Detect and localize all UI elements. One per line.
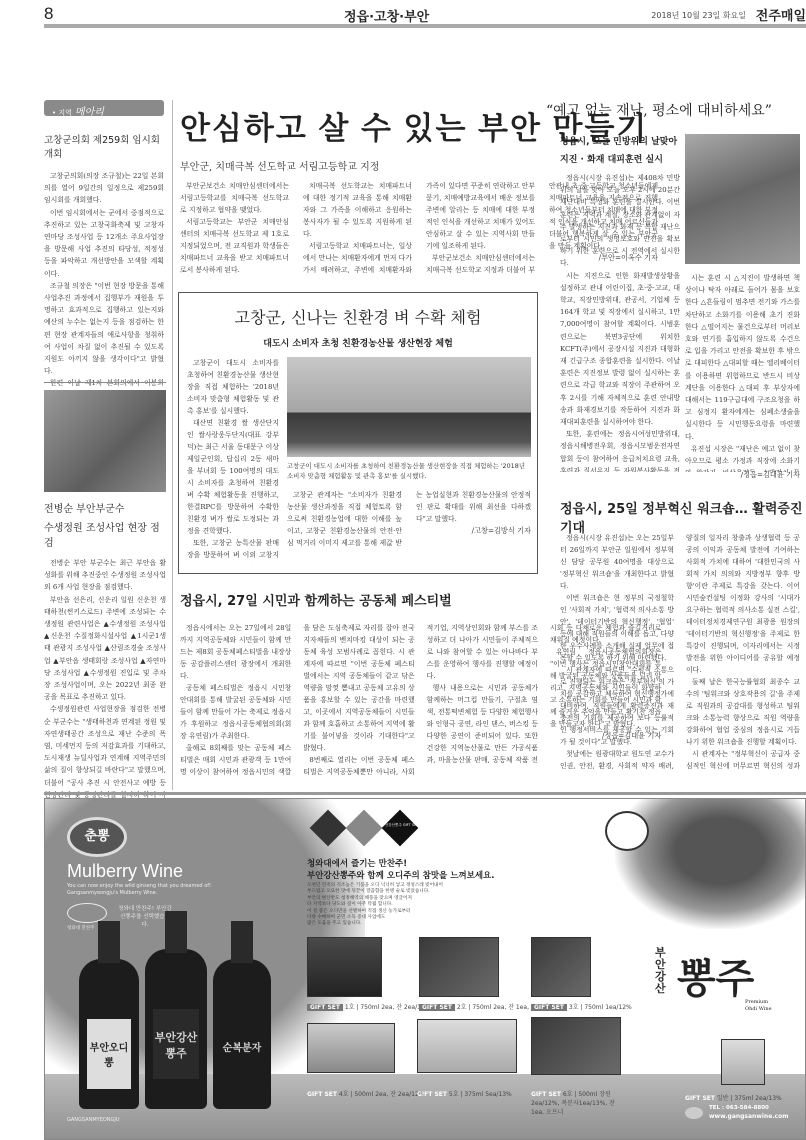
paragraph: 시는 지진으로 인한 화재발생상황을 설정하고 관내 어린이집, 초·중·고교,… [560,270,680,429]
issue-date: 2018년 10월 23일 화요일 [651,10,746,21]
article-subtitle: 부안군, 치매극복 선도학교 서림고등학교 지정 [180,158,420,173]
paragraph: 고창군의회(의장 조규철)는 22일 본회의를 열어 9일간의 일정으로 제25… [44,170,164,207]
company-name: GANGSANMYEONGJU [67,1117,120,1123]
page-header: 8 정읍·고창·부안 2018년 10월 23일 화요일 전주매일 [44,4,806,26]
paragraph: 부안군보건소 치매안심센터에서는 서림고등학교를 치매극복 선도학교로 지정하고… [180,180,289,216]
article-subtitle-1: 정읍시, 오늘 민방위의 날맞아 [560,134,677,147]
gift-set-4-image [307,1023,395,1073]
page-number: 8 [44,4,53,24]
paragraph: 이번 임시회에서는 군에서 중점적으로 추진하고 있는 고창국화축제 및 고창자… [44,207,164,280]
paragraph: 이번 워크숍은 현 정부의 국정철학인 '사회적 가치', '협력적 의사소통 … [560,592,674,664]
gift-set-regular-image [721,1039,765,1085]
inspection-photo [44,390,166,492]
article-title[interactable]: 정읍시, 27일 시민과 함께하는 공동체 페스티벌 [180,590,452,609]
bottle-3: 순복분자 [213,959,271,1109]
article-subtitle-2: 지진 · 화재 대피훈련 실시 [560,152,663,165]
article-headline[interactable]: “예고 없는 재난, 평소에 대비하세요” [546,100,772,120]
paragraph: 시 관계자에 따르면 "수평적 소통으로 진행되는 워크숍은 '정부혁신'의 가… [560,664,674,748]
product-sub-2: Ohdi Wine [745,1006,772,1012]
article-drill-col2: 시는 훈련 시 △지진이 발생하면 책상이나 탁자 아래로 들어가 몸을 보호한… [685,272,800,472]
product-title-big: 뽕주 [677,947,754,1004]
tagline-1: You can now enjoy the wild ginseng that … [67,883,211,889]
tag-small-label: 지역 [58,109,72,117]
paragraph: 또한, 고창군 농특산물 판매장을 방문하여 벼 이외 고창지역에서 생산되는 … [187,537,279,563]
paragraph: 정읍시에서는 오는 27일에서 28일까지 지역공동체와 시민들이 함께 만드는… [180,622,291,682]
gift-set-3-image [531,937,591,997]
diamond-label: 부안강산뽕주 GIFT SET [375,823,425,828]
paragraph: 부안읍 선은리, 신운리 일원 신운천 생태하천(썬키스로드) 주변에 조성되는… [44,594,166,704]
product-title-vertical: 부안강산 [655,947,673,995]
brand-logo: 춘뽕 [67,817,127,857]
divider [44,382,166,383]
article-title-line1[interactable]: 전병순 부안부군수 [44,500,166,515]
bottle-2: 부안강산 뽕주 [145,949,207,1109]
gift-set-2-image [419,937,499,997]
article-title[interactable]: 고창군의회 제259회 임시회 개회 [44,132,164,160]
article-body-col2: 고창군 관계자는 "소비자가 친환경농산물 생산과정을 직접 체험토록 함으로써… [287,489,531,565]
column-divider [172,100,173,790]
paragraph: 둘째 날은 한국능률협회 최종수 교수의 '팀워크와 상호작용의 길'을 주제로… [686,676,800,748]
gift-set-5-caption: GIFT SET 5호 | 375ml 5ea/13% [417,1089,512,1098]
tag-main-label: 메아리 [75,107,104,118]
paragraph: 고창군이 대도시 소비자를 초청하여 친환경농산물 생산현장을 직접 체험하는 … [187,357,279,417]
mulberry-wine-ad[interactable]: 춘뽕 Mulberry Wine You can now enjoy the w… [44,798,806,1140]
section-title: 정읍·고창·부안 [344,6,429,25]
drill-photo [685,134,800,264]
gift-set-6-image [531,1017,621,1075]
paragraph: 고창군 관계자는 "소비자가 친환경농산물 생산과정을 직접 체험토록 함으로써… [287,489,531,549]
paragraph: 대산면 친환경 쌀 생산단지인 쌀사랑웅두단지(대표 강부덕)는 최근 서울 동… [187,417,279,537]
article-headline[interactable]: 정읍시, 25일 정부혁신 워크숍… 활력증진 기대 [560,498,806,536]
gift-set-regular-caption: GIFT SET 일반 | 375ml 2ea/13% [685,1093,782,1102]
article-workshop-body: 정읍시(시장 유진섭)는 오는 25일부터 26일까지 부안군 일원에서 정부혁… [560,532,800,782]
paragraph: 유진섭 시장은 "재난은 예고 없이 찾아오므로 평소 가정과 직장에 소화기와… [685,443,800,472]
gift-set-5-image [417,1019,517,1073]
article-wetland: 전병순 부안부군수 수생정원 조성사업 현장 점검 전병순 부안 부군수는 최근… [44,500,166,835]
paragraph: 정읍시(시장 유진섭)는 오는 25일부터 26일까지 부안군 일원에서 정부혁… [560,532,674,592]
ad-tel: TEL : 063-584-8800 [709,1105,769,1111]
byline: /정읍=김대윤 기자 [685,470,800,480]
paragraph: 조규철 의장은 "이번 현장 방문을 통해 사업추진 과정에서 집행부가 재원을… [44,280,164,378]
byline: /고창=김방식 기자 [416,525,531,537]
paragraph: 시는 훈련 시 △지진이 발생하면 책상이나 탁자 아래로 들어가 몸을 보호한… [685,272,800,443]
paragraph: 또한, 훈련에는 정읍시여성민방위대, 정읍시해병전우회, 정읍시모범운전자연합… [560,428,680,472]
paragraph: 정읍시(시장 유진섭)는 제408차 민방위의 날을 맞아 오늘 오후 2시에 … [560,172,680,270]
gift-set-1-caption: GIFT SET 1호 | 750ml 2ea, 잔 2ea/16% [307,1002,430,1011]
paragraph: 서림고등학교는 부안군 치매안심센터의 치매극복 선도학교 제 1호로 지정되었… [180,216,289,276]
header-rule [44,24,806,28]
gift-set-3-caption: GIFT SET 3호 | 750ml 1ea/12% [531,1002,632,1011]
paragraph: 치매극복 선도학교는 치매파트너에 대한 정기적 교육을 통해 치매환자와 그 … [303,180,412,240]
photo-caption: 고창군이 대도시 소비자를 초청하여 친환경농산물 생산현장을 직접 체험하는 … [287,461,531,481]
article-harvest-box: 고창군, 신나는 친환경 벼 수확 체험 대도시 소비자 초청 친환경농산물 생… [178,292,538,574]
product-sub-1: Premium [745,999,768,1005]
gift-set-4-caption: GIFT SET 4호 | 500ml 2ea, 잔 2ea/12% [307,1089,424,1098]
newspaper-name: 전주매일 [756,5,806,24]
paragraph: 전병순 부안 부군수는 최근 부안읍 활성화를 위해 추진중인 수생정원 조성사… [44,557,166,594]
brand-name-en: Mulberry Wine [67,861,183,882]
mascot-icon [605,811,649,851]
article-title-line2[interactable]: 수생정원 조성사업 현장 점검 [44,519,166,549]
ad-website[interactable]: www.gangsanwine.com [709,1113,788,1120]
company-logo-icon [685,1107,703,1119]
bottle-1: 부안오디뽕 [79,959,139,1109]
article-subtitle: 대도시 소비자 초청 친환경농산물 생산현장 체험 [179,336,537,349]
blue-house-seal-icon [67,903,107,923]
ad-body: 오천년 민족의 격조높은 기품을 오디 넉넉히 넣고 정성스레 빚어내어 부드럽… [307,883,527,928]
tag-bullet-icon: • [52,109,56,117]
ad-headline-2: 부안강산뽕주와 함께 오디주의 참맛을 느껴보세요. [307,869,495,881]
paragraph: 공동체 페스티벌은 정읍시 시민창안대회를 통해 발굴된 공동체와 시민들이 함… [180,682,291,742]
article-festival-body: 정읍시에서는 오는 27일에서 28일까지 지역공동체와 시민들이 함께 만드는… [180,622,538,782]
column-tag: • 지역메아리 [44,100,164,116]
gift-set-diamond-icon [382,810,419,847]
gift-set-6-caption: GIFT SET 6호 | 500ml 장원2ea/12%, 복분자1ea/13… [531,1089,621,1116]
gift-set-1-image [307,937,382,997]
article-drill-col1: 정읍시(시장 유진섭)는 제408차 민방위의 날을 맞아 오늘 오후 2시에 … [560,172,680,472]
article-title[interactable]: 고창군, 신나는 친환경 벼 수확 체험 [179,305,537,328]
article-body-col1: 고창군이 대도시 소비자를 초청하여 친환경농산물 생산현장을 직접 체험하는 … [187,357,279,563]
group-photo [287,357,531,457]
ad-headline-1: 청와대에서 즐기는 만찬주! [307,857,407,869]
tagline-2: Gangsanmyeongju's Mulberry Wine. [67,890,157,896]
article-dementia-body: 부안군보건소 치매안심센터에서는 서림고등학교를 치매극복 선도학교로 지정하고… [180,180,535,280]
seal-label: 청와대 만찬주 [67,925,95,931]
ad-separator [44,792,806,795]
